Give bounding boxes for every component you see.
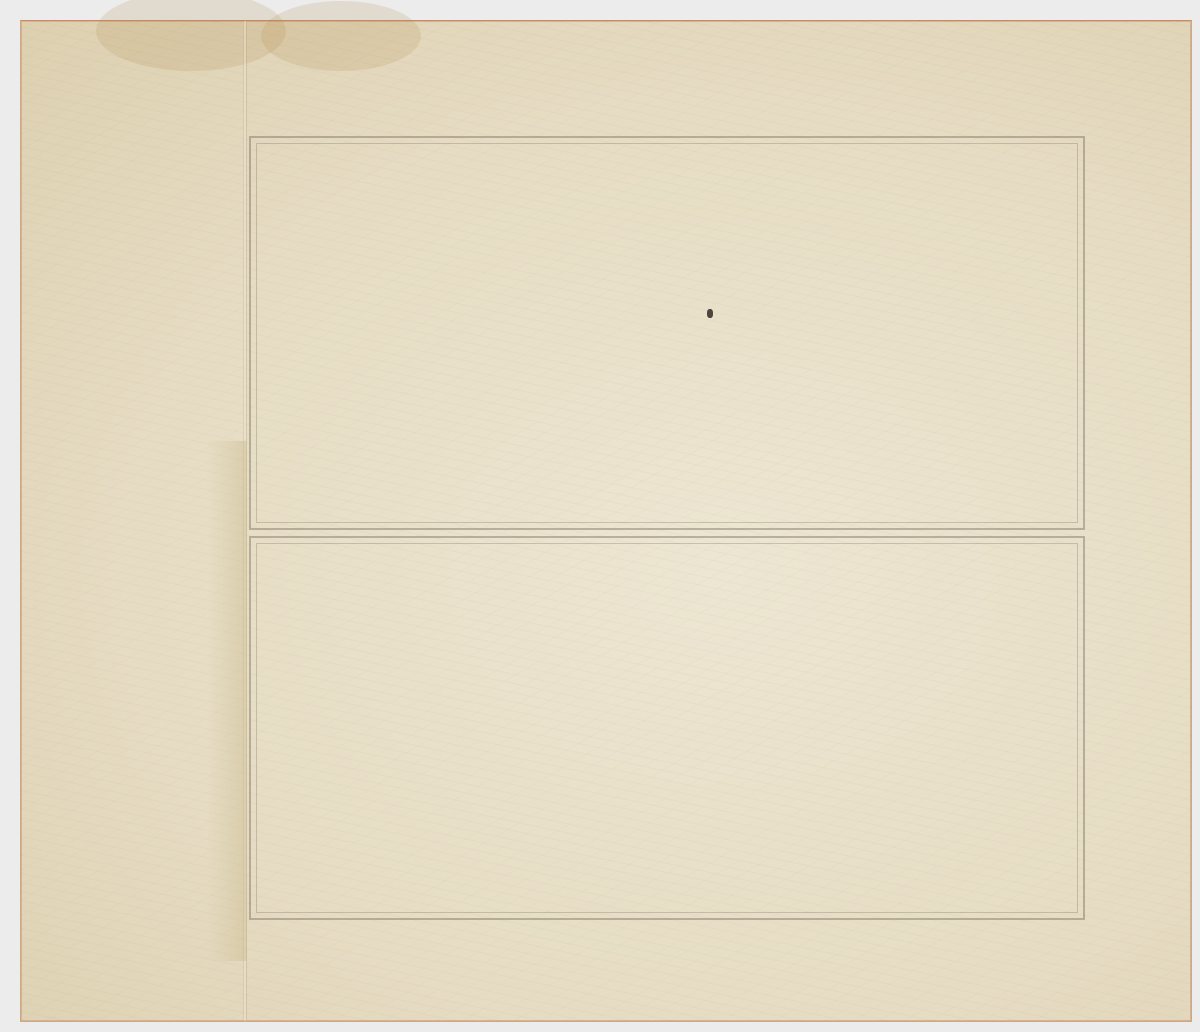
map-sheet-reverse <box>20 20 1192 1022</box>
water-stain-center <box>261 1 421 71</box>
upper-map-panel <box>249 136 1085 530</box>
lower-map-panel <box>249 536 1085 920</box>
ink-speck <box>707 309 713 318</box>
paper-join-edge <box>207 441 247 961</box>
